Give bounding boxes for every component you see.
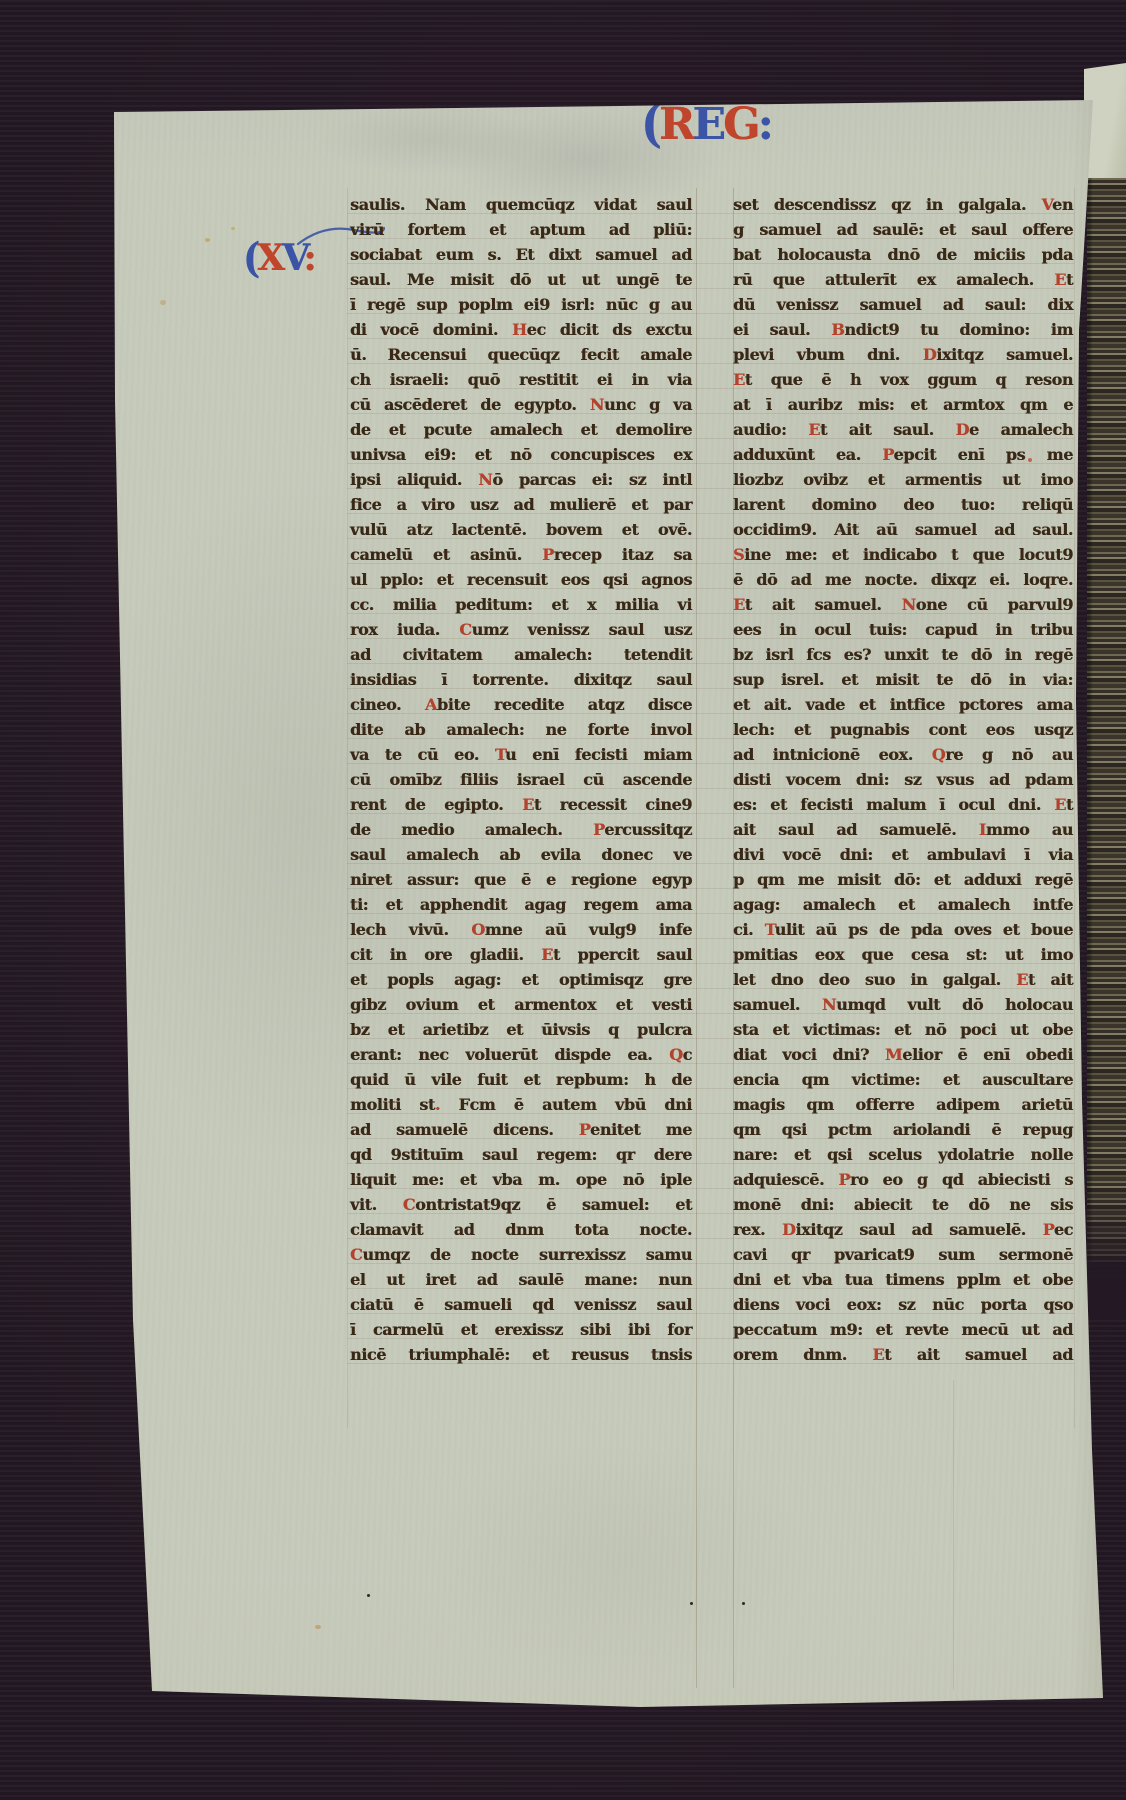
- text-line: ad civitatem amalech: tetendit: [350, 642, 692, 667]
- text-line: camelū et asinū. Precep itaz sa: [350, 542, 692, 567]
- text-line: p qm me misit dō: et adduxi regē: [733, 867, 1073, 892]
- text-line: diat voci dni? Melior ē enī obedi: [733, 1042, 1073, 1067]
- fore-edge-shadow: [1087, 1180, 1126, 1320]
- text-line: saulis. Nam quemcūqz vidat saul: [350, 192, 692, 217]
- text-line: lech: et pugnabis cont eos usqz: [733, 717, 1073, 742]
- text-line: peccatum m9: et revte mecū ut ad: [733, 1317, 1073, 1342]
- text-line: virū fortem et aptum ad pliū:: [350, 217, 692, 242]
- text-line: ci. Tulit aū ps de pda oves et boue: [733, 917, 1073, 942]
- text-line: plevi vbum dni. Dixitqz samuel.: [733, 342, 1073, 367]
- stain: [160, 300, 166, 305]
- text-line: rex. Dixitqz saul ad samuelē. Pec: [733, 1217, 1073, 1242]
- text-line: ul pplo: et recensuit eos qsi agnos: [350, 567, 692, 592]
- crease-line: [953, 1380, 954, 1690]
- fore-edge-pages: [1087, 178, 1126, 1262]
- text-line: rox iuda. Cumz venissz saul usz: [350, 617, 692, 642]
- text-line: audio: Et ait saul. De amalech: [733, 417, 1073, 442]
- text-line: quid ū vile fuit et repbum: h de: [350, 1067, 692, 1092]
- text-line: pmitias eox que cesa st: ut imo: [733, 942, 1073, 967]
- text-line: dite ab amalech: ne forte invol: [350, 717, 692, 742]
- text-line: vulū atz lactentē. bovem et ovē.: [350, 517, 692, 542]
- text-line: adquiescē. Pro eo g qd abiecisti s: [733, 1167, 1073, 1192]
- text-line: bz et arietibz et ūivsis q pulcra: [350, 1017, 692, 1042]
- text-line: ait saul ad samuelē. Immo au: [733, 817, 1073, 842]
- title-letter: :: [758, 99, 771, 150]
- text-line: Et que ē h vox ggum q reson: [733, 367, 1073, 392]
- text-line: ciatū ē samueli qd venissz saul: [350, 1292, 692, 1317]
- text-line: el ut iret ad saulē mane: nun: [350, 1267, 692, 1292]
- text-line: qm qsi pctm ariolandi ē repug: [733, 1117, 1073, 1142]
- text-line: ipsi aliquid. Nō parcas ei: sz intl: [350, 467, 692, 492]
- text-line: nare: et qsi scelus ydolatrie nolle: [733, 1142, 1073, 1167]
- title-letter: R: [659, 99, 693, 150]
- text-line: de et pcute amalech et demolire: [350, 417, 692, 442]
- text-line: occidim9. Ait aū samuel ad saul.: [733, 517, 1073, 542]
- margin-rule-right: [1074, 188, 1075, 1428]
- text-line: g samuel ad saulē: et saul offere: [733, 217, 1073, 242]
- text-line: univsa ei9: et nō concupisces ex: [350, 442, 692, 467]
- text-line: ees in ocul tuis: capud in tribu: [733, 617, 1073, 642]
- text-line: agag: amalech et amalech intfe: [733, 892, 1073, 917]
- text-line: ti: et apphendit agag regem ama: [350, 892, 692, 917]
- text-line: cineo. Abite recedite atqz disce: [350, 692, 692, 717]
- text-line: cū ascēderet de egypto. Nunc g va: [350, 392, 692, 417]
- text-line: de medio amalech. Percussitqz: [350, 817, 692, 842]
- text-line: moliti st. Fcm ē autem vbū dni: [350, 1092, 692, 1117]
- text-line: let dno deo suo in galgal. Et ait: [733, 967, 1073, 992]
- text-line: saul amalech ab evila donec ve: [350, 842, 692, 867]
- text-line: erant: nec voluerūt dispde ea. Qc: [350, 1042, 692, 1067]
- gutter-rule-left: [696, 188, 697, 1688]
- text-line: lech vivū. Omne aū vulg9 infe: [350, 917, 692, 942]
- text-line: saul. Me misit dō ut ut ungē te: [350, 267, 692, 292]
- title-letter: (: [641, 99, 659, 152]
- text-line: rent de egipto. Et recessit cine9: [350, 792, 692, 817]
- text-line: monē dni: abiecit te dō ne sis: [733, 1192, 1073, 1217]
- text-line: Sine me: et indicabo t que locut9: [733, 542, 1073, 567]
- text-line: divi vocē dni: et ambulavi ī via: [733, 842, 1073, 867]
- wax-dot: [1028, 458, 1032, 462]
- stain: [205, 238, 210, 242]
- ink-speck: [367, 1594, 370, 1597]
- text-line: sup isrel. et misit te dō in via:: [733, 667, 1073, 692]
- text-line: dū venissz samuel ad saul: dix: [733, 292, 1073, 317]
- text-line: sta et victimas: et nō poci ut obe: [733, 1017, 1073, 1042]
- text-line: adduxūnt ea. Pepcit enī ps me: [733, 442, 1073, 467]
- text-line: Et ait samuel. None cū parvul9: [733, 592, 1073, 617]
- text-line: at ī auribz mis: et armtox qm e: [733, 392, 1073, 417]
- title-letter: E: [692, 99, 723, 150]
- text-line: clamavit ad dnm tota nocte.: [350, 1217, 692, 1242]
- text-line: et popls agag: et optimisqz gre: [350, 967, 692, 992]
- parchment-page: (REG: (XV: saulis. Nam quemcūqz vidat sa…: [0, 0, 1126, 1800]
- ink-speck: [690, 1602, 693, 1605]
- text-line: sociabat eum s. Et dixt samuel ad: [350, 242, 692, 267]
- text-line: ad intnicionē eox. Qre g nō au: [733, 742, 1073, 767]
- text-line: rū que attulerīt ex amalech. Et: [733, 267, 1073, 292]
- text-line: liquit me: et vba m. ope nō iple: [350, 1167, 692, 1192]
- text-line: Cumqz de nocte surrexissz samu: [350, 1242, 692, 1267]
- text-line: bat holocausta dnō de miciis pda: [733, 242, 1073, 267]
- title-letter: (: [243, 235, 257, 281]
- text-line: ch israeli: quō restitit ei in via: [350, 367, 692, 392]
- text-line: set descendissz qz in galgala. Ven: [733, 192, 1073, 217]
- text-line: ī carmelū et erexissz sibi ibi for: [350, 1317, 692, 1342]
- text-line: bz isrl fcs es? unxit te dō in regē: [733, 642, 1073, 667]
- title-letter: G: [723, 99, 758, 150]
- text-line: et ait. vade et intfice pctores ama: [733, 692, 1073, 717]
- text-line: niret assur: que ē e regione egyp: [350, 867, 692, 892]
- text-line: ad samuelē dicens. Penitet me: [350, 1117, 692, 1142]
- text-line: es: et fecisti malum ī ocul dni. Et: [733, 792, 1073, 817]
- text-line: vit. Contristat9qz ē samuel: et: [350, 1192, 692, 1217]
- manuscript-photo: (REG: (XV: saulis. Nam quemcūqz vidat sa…: [0, 0, 1126, 1800]
- text-line: samuel. Numqd vult dō holocau: [733, 992, 1073, 1017]
- text-line: diens voci eox: sz nūc porta qso: [733, 1292, 1073, 1317]
- text-line: dni et vba tua timens pplm et obe: [733, 1267, 1073, 1292]
- text-line: cavi qr pvaricat9 sum sermonē: [733, 1242, 1073, 1267]
- text-line: ū. Recensui quecūqz fecit amale: [350, 342, 692, 367]
- text-line: ei saul. Bndict9 tu domino: im: [733, 317, 1073, 342]
- text-line: larent domino deo tuo: reliqū: [733, 492, 1073, 517]
- text-line: orem dnm. Et ait samuel ad: [733, 1342, 1073, 1367]
- text-line: cū omībz filiis israel cū ascende: [350, 767, 692, 792]
- title-letter: X: [257, 237, 282, 279]
- text-line: va te cū eo. Tu enī fecisti miam: [350, 742, 692, 767]
- text-line: ī regē sup poplm ei9 isrl: nūc g au: [350, 292, 692, 317]
- ink-speck: [742, 1602, 745, 1605]
- text-line: cit in ore gladii. Et ppercit saul: [350, 942, 692, 967]
- stain: [315, 1625, 321, 1629]
- text-line: cc. milia peditum: et x milia vi: [350, 592, 692, 617]
- text-line: di vocē domini. Hec dicit ds exctu: [350, 317, 692, 342]
- text-line: qd 9stituīm saul regem: qr dere: [350, 1142, 692, 1167]
- margin-rule-left: [347, 188, 348, 1428]
- text-line: liozbz ovibz et armentis ut imo: [733, 467, 1073, 492]
- text-line: gibz ovium et armentox et vesti: [350, 992, 692, 1017]
- text-line: magis qm offerre adipem arietū: [733, 1092, 1073, 1117]
- running-title: (REG:: [641, 102, 771, 152]
- text-column-right: set descendissz qz in galgala. Veng samu…: [733, 192, 1073, 1367]
- text-line: encia qm victime: et auscultare: [733, 1067, 1073, 1092]
- text-column-left: saulis. Nam quemcūqz vidat saulvirū fort…: [350, 192, 692, 1367]
- stain: [231, 227, 235, 230]
- text-line: ē dō ad me nocte. dixqz ei. loqre.: [733, 567, 1073, 592]
- text-line: fice a viro usz ad mulierē et par: [350, 492, 692, 517]
- text-line: nicē triumphalē: et reusus tnsis: [350, 1342, 692, 1367]
- text-line: disti vocem dni: sz vsus ad pdam: [733, 767, 1073, 792]
- text-line: insidias ī torrente. dixitqz saul: [350, 667, 692, 692]
